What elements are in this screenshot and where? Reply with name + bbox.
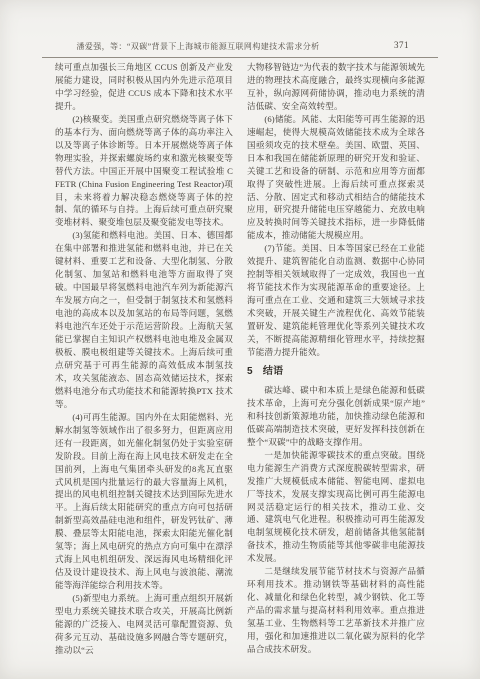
- paragraph: 大物移智链边”为代表的数字技术与能源领域先进的物理技术高度融合，最终实现横向多能…: [247, 61, 425, 113]
- paragraph: (6)储能。风能、太阳能等可再生能源的迅速崛起，使得大规模高效储能技术成为全球各…: [247, 113, 425, 243]
- header-rule: [42, 57, 438, 58]
- paragraph: 碳达峰、碳中和本质上是绿色能源和低碳技术革命，上海可充分强化创新成果“原产地”和…: [247, 384, 425, 449]
- paragraph: 二是继续发展节能节材技术与资源产品循环利用技术。推动钢铁等基础材料的高性能化、减…: [247, 565, 425, 656]
- page-header: 潘爱强，等：“双碳”背景下上海城市能源互联网构建技术需求分析 371: [55, 40, 425, 54]
- section-number: 5: [247, 366, 253, 377]
- page-number: 371: [394, 40, 409, 50]
- paragraph: (2)核聚变。美国重点研究燃烧等离子体下的基本行为、面向燃烧等离子体的高功率注入…: [55, 113, 233, 230]
- paragraph: (4)可再生能源。国内外在太阳能燃料、光解水制氢等领域作出了很多努力，但距离应用…: [55, 411, 233, 592]
- section-title: 结语: [263, 366, 284, 377]
- paragraph: (5)新型电力系统。上海可重点组织开展新型电力系统关键技术联合攻关，开展高比例新…: [55, 592, 233, 657]
- paragraph: 续可重点加强长三角地区 CCUS 创新及产业发展能力建设，同时积极从国内外先进示…: [55, 61, 233, 113]
- paragraph: 一是加快能源零碳技术的重点突破。围绕电力能源生产消费方式深度脱碳转型需求，研发推…: [247, 449, 425, 566]
- journal-page: 潘爱强，等：“双碳”背景下上海城市能源互联网构建技术需求分析 371 续可重点加…: [0, 0, 480, 679]
- running-title: 潘爱强，等：“双碳”背景下上海城市能源互联网构建技术需求分析: [13, 41, 383, 52]
- section-heading: 5结语: [247, 365, 425, 379]
- column-left: 续可重点加强长三角地区 CCUS 创新及产业发展能力建设，同时积极从国内外先进示…: [55, 61, 233, 657]
- paragraph: (7)节能。美国、日本等国家已经在工业能效提升、建筑智能化自动监测、数据中心协同…: [247, 242, 425, 359]
- paragraph: (3)氢能和燃料电池。美国、日本、德国都在集中部署和推进氢能和燃料电池，并已在关…: [55, 229, 233, 410]
- column-right: 大物移智链边”为代表的数字技术与能源领域先进的物理技术高度融合，最终实现横向多能…: [247, 61, 425, 657]
- article-body: 续可重点加强长三角地区 CCUS 创新及产业发展能力建设，同时积极从国内外先进示…: [55, 61, 425, 657]
